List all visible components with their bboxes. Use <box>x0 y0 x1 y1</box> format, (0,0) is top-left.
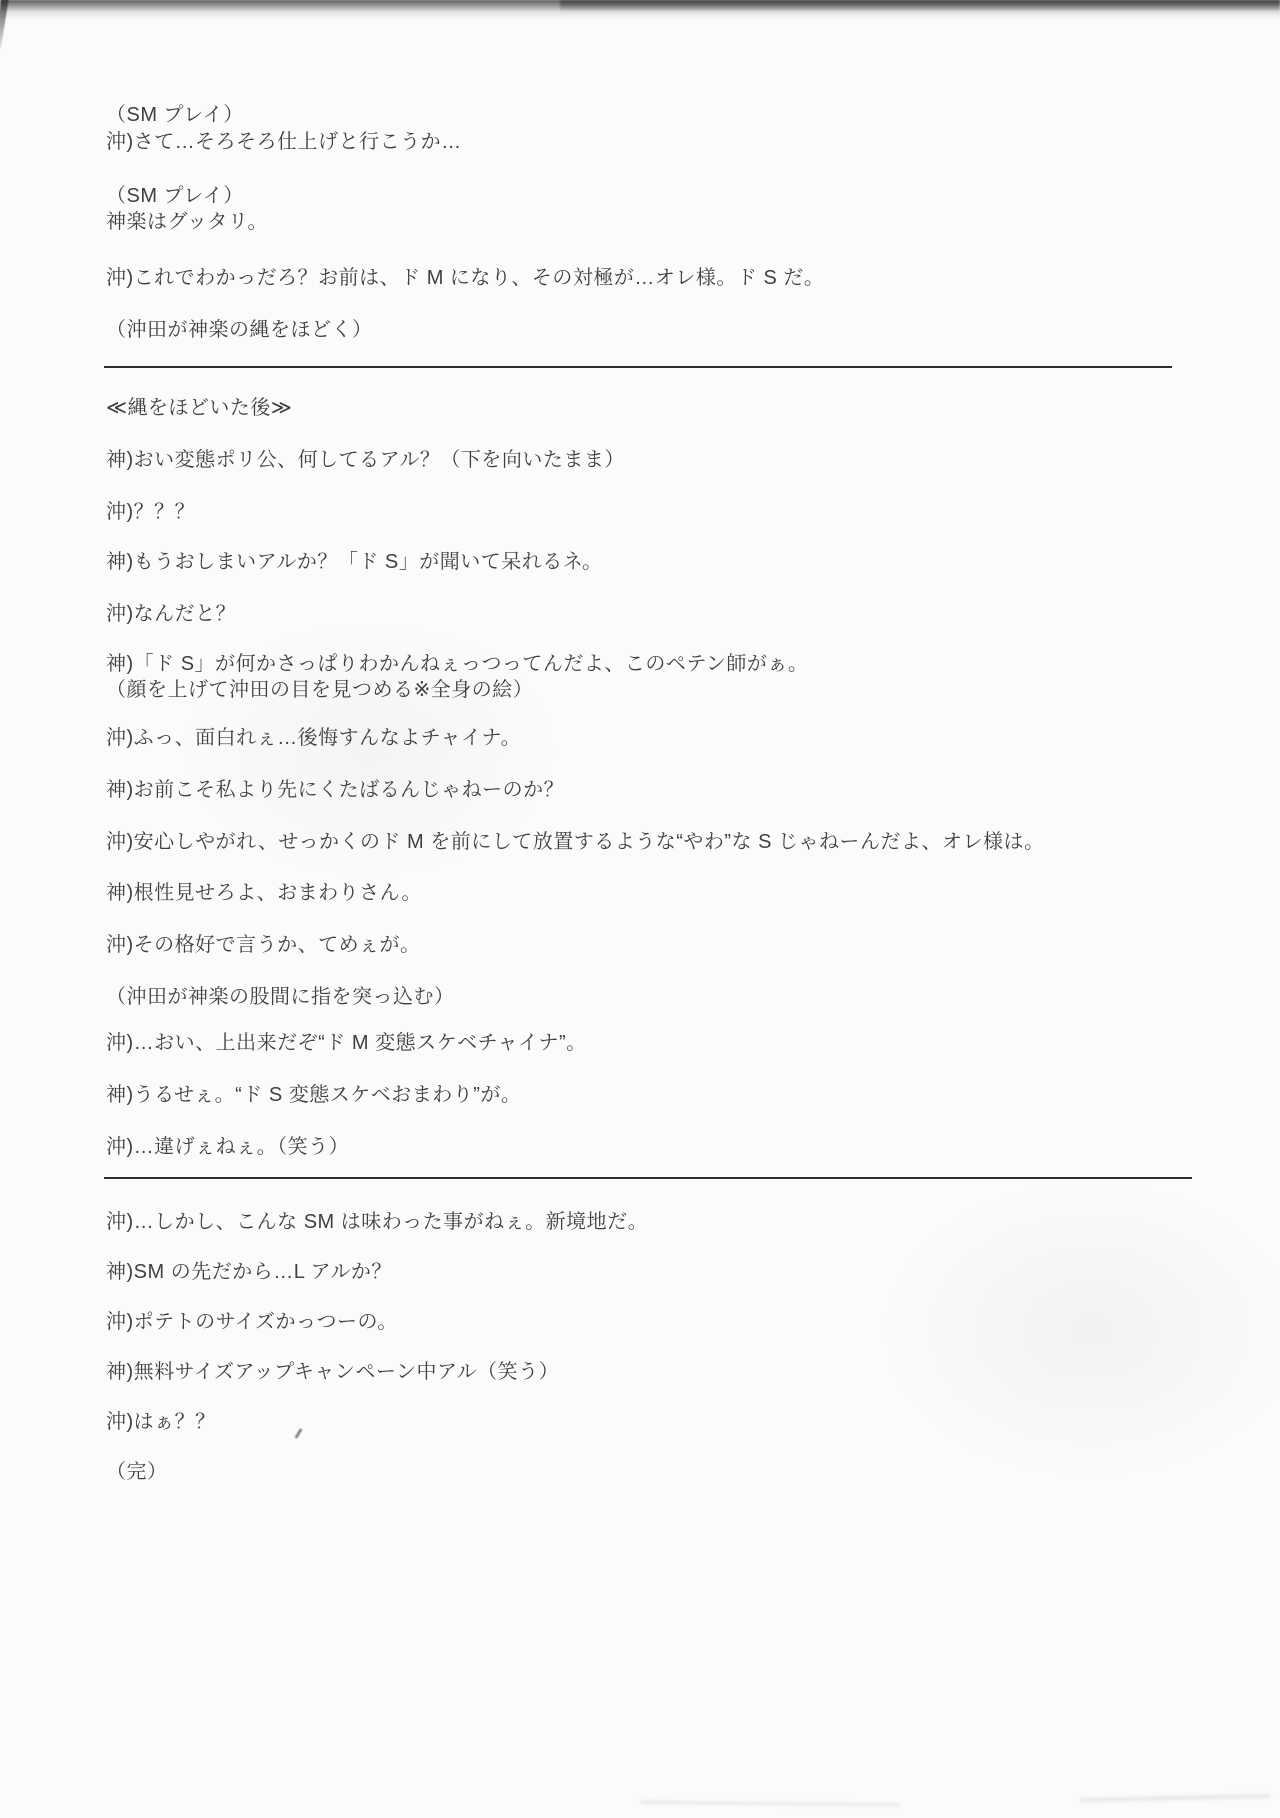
section-divider <box>104 366 1172 368</box>
dialogue-line-okita: 沖)安心しやがれ、せっかくのド M を前にして放置するような“やわ”な S じゃ… <box>106 829 1045 855</box>
dialogue-line-kagura: 神)根性見せろよ、おまわりさん。 <box>106 880 422 906</box>
script-page: （SM プレイ） 沖)さて…そろそろ仕上げと行こうか… （SM プレイ） 神楽は… <box>0 0 1280 1818</box>
dialogue-line-kagura: 神)SM の先だから…L アルか？ <box>106 1259 392 1285</box>
section-divider <box>104 1177 1192 1179</box>
scan-top-edge-artifact <box>560 0 1280 12</box>
dialogue-line-kagura: 神)もうおしまいアルか？「ド S」が聞いて呆れるネ。 <box>106 549 603 575</box>
stage-direction: （顔を上げて沖田の目を見つめる※全身の絵） <box>106 677 533 703</box>
dialogue-line-okita: 沖)…違げぇねぇ。（笑う） <box>106 1134 349 1160</box>
dialogue-line-kagura: 神)無料サイズアップキャンペーン中アル（笑う） <box>106 1359 559 1385</box>
dialogue-line-okita: 沖)なんだと？ <box>106 601 236 627</box>
stage-direction: （SM プレイ） <box>106 183 244 209</box>
dialogue-line-okita: 沖)？？？ <box>106 499 195 525</box>
dialogue-line-kagura: 神)うるせぇ。“ド S 変態スケベおまわり”が。 <box>106 1082 521 1108</box>
dialogue-line-kagura: 神)おい変態ポリ公、何してるアル？（下を向いたまま） <box>106 447 625 473</box>
stage-direction: （沖田が神楽の股間に指を突っ込む） <box>106 984 455 1010</box>
scan-bottom-smudge <box>1080 1794 1270 1802</box>
stage-direction: （沖田が神楽の縄をほどく） <box>106 317 373 343</box>
scan-bottom-smudge <box>640 1801 900 1807</box>
stage-direction: 神楽はグッタリ。 <box>106 209 268 235</box>
dialogue-line-okita: 沖)…しかし、こんな SM は味わった事がねぇ。新境地だ。 <box>106 1209 648 1235</box>
end-marker: （完） <box>106 1459 168 1485</box>
dialogue-line-okita: 沖)ふっ、面白れぇ…後悔すんなよチャイナ。 <box>106 725 521 751</box>
dialogue-line-kagura: 神)「ド S」が何かさっぱりわかんねぇっつってんだよ、このペテン師がぁ。 <box>106 651 808 677</box>
dialogue-line-okita: 沖)…おい、上出来だぞ“ド M 変態スケベチャイナ”。 <box>106 1030 587 1056</box>
dialogue-line-okita: 沖)これでわかっだろ？お前は、ド M になり、その対極が…オレ様。ド S だ。 <box>106 265 824 291</box>
dialogue-line-okita: 沖)ポテトのサイズかっつーの。 <box>106 1309 398 1335</box>
dialogue-line-okita: 沖)はぁ？？ <box>106 1409 216 1435</box>
scene-heading: ≪縄をほどいた後≫ <box>106 395 292 421</box>
scan-speck <box>294 1428 302 1439</box>
dialogue-line-kagura: 神)お前こそ私より先にくたばるんじゃねーのか？ <box>106 777 564 803</box>
dialogue-line-okita: 沖)その格好で言うか、てめぇが。 <box>106 932 420 958</box>
stage-direction: （SM プレイ） <box>106 102 244 128</box>
dialogue-line-okita: 沖)さて…そろそろ仕上げと行こうか… <box>106 129 462 155</box>
